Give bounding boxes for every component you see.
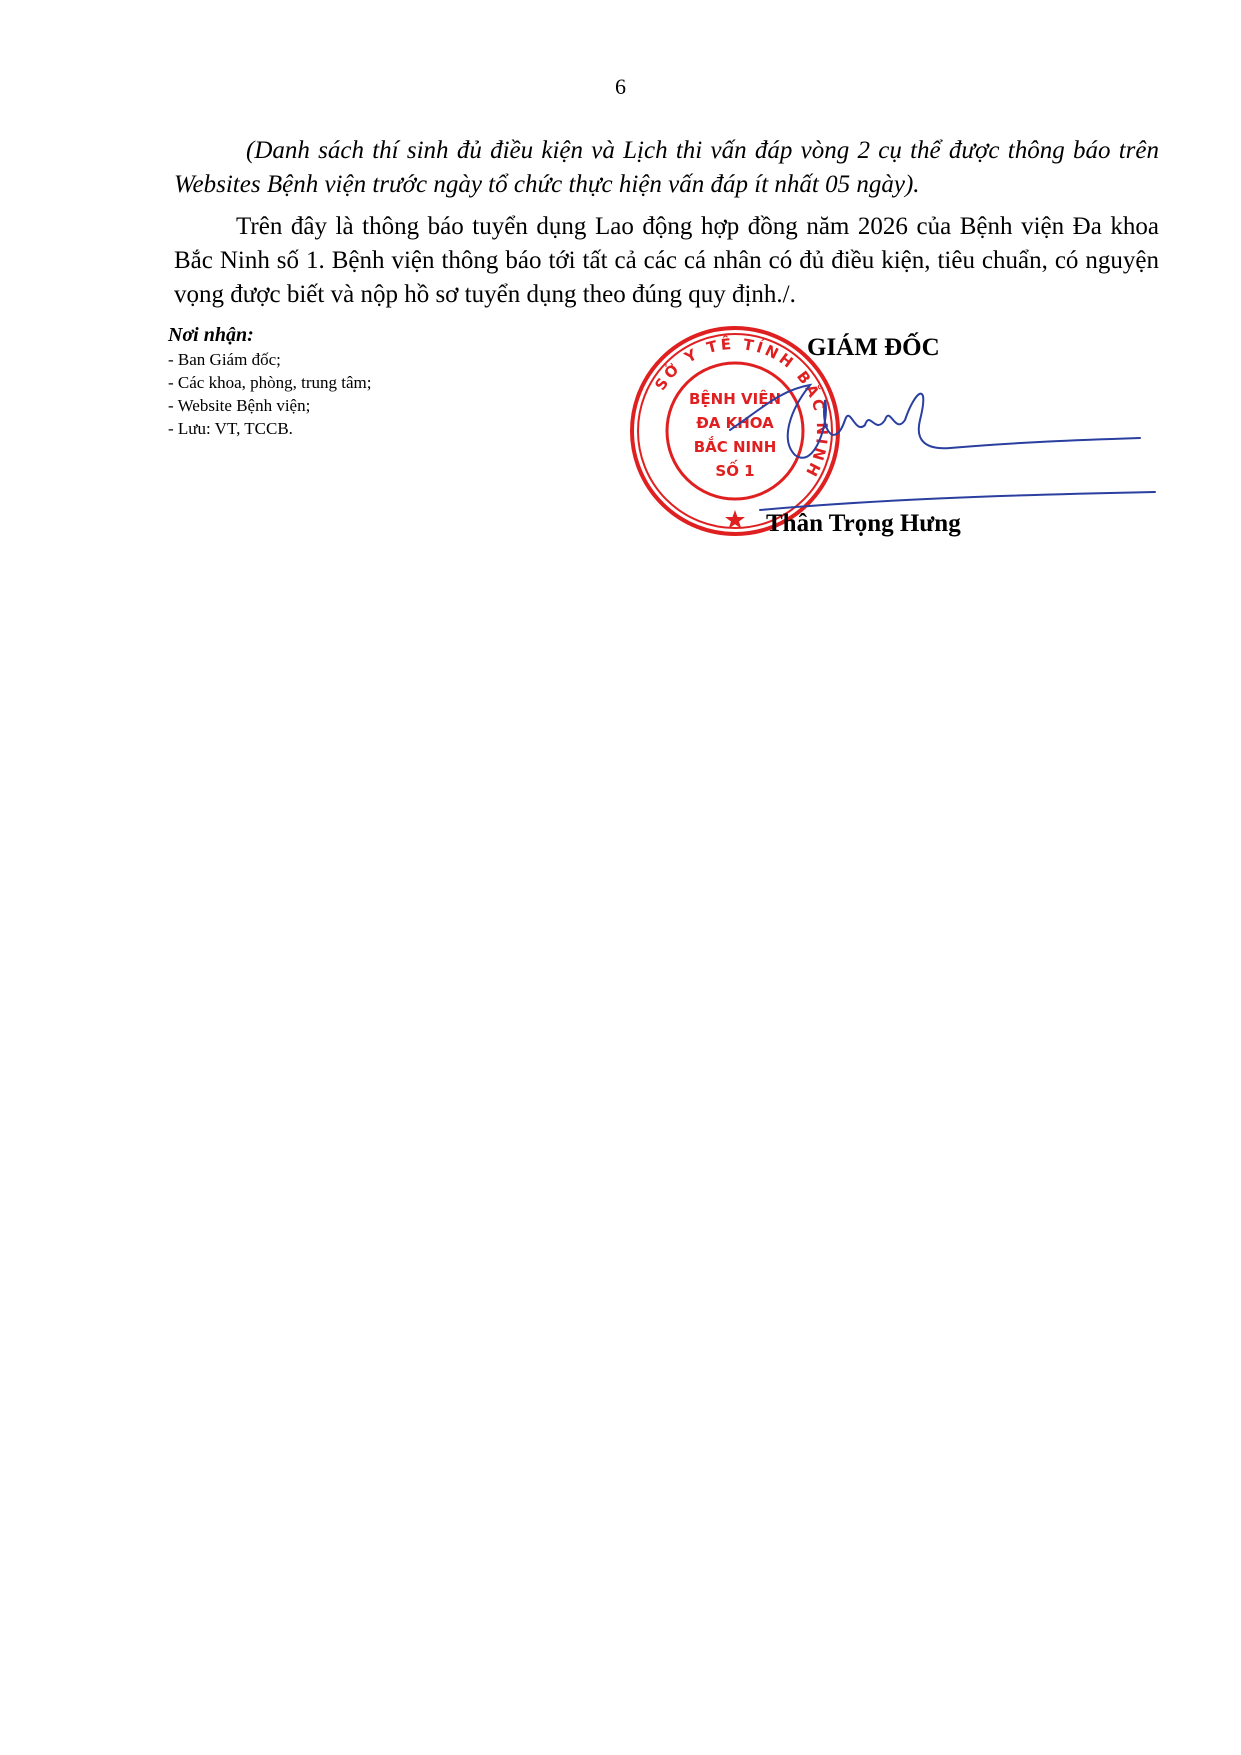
recipients-block: Nơi nhận: - Ban Giám đốc; - Các khoa, ph… (168, 322, 372, 440)
signer-title: GIÁM ĐỐC (807, 334, 940, 362)
page-number: 6 (0, 74, 1241, 100)
closing-paragraph: Trên đây là thông báo tuyển dụng Lao độn… (174, 210, 1159, 312)
recipients-title: Nơi nhận: (168, 322, 372, 348)
recipient-item: - Ban Giám đốc; (168, 348, 372, 371)
recipient-item: - Lưu: VT, TCCB. (168, 417, 372, 440)
signer-name: Thân Trọng Hưng (766, 510, 961, 538)
recipient-item: - Website Bệnh viện; (168, 394, 372, 417)
handwritten-signature (720, 380, 1160, 520)
recipient-item: - Các khoa, phòng, trung tâm; (168, 371, 372, 394)
italic-note: (Danh sách thí sinh đủ điều kiện và Lịch… (174, 134, 1159, 202)
